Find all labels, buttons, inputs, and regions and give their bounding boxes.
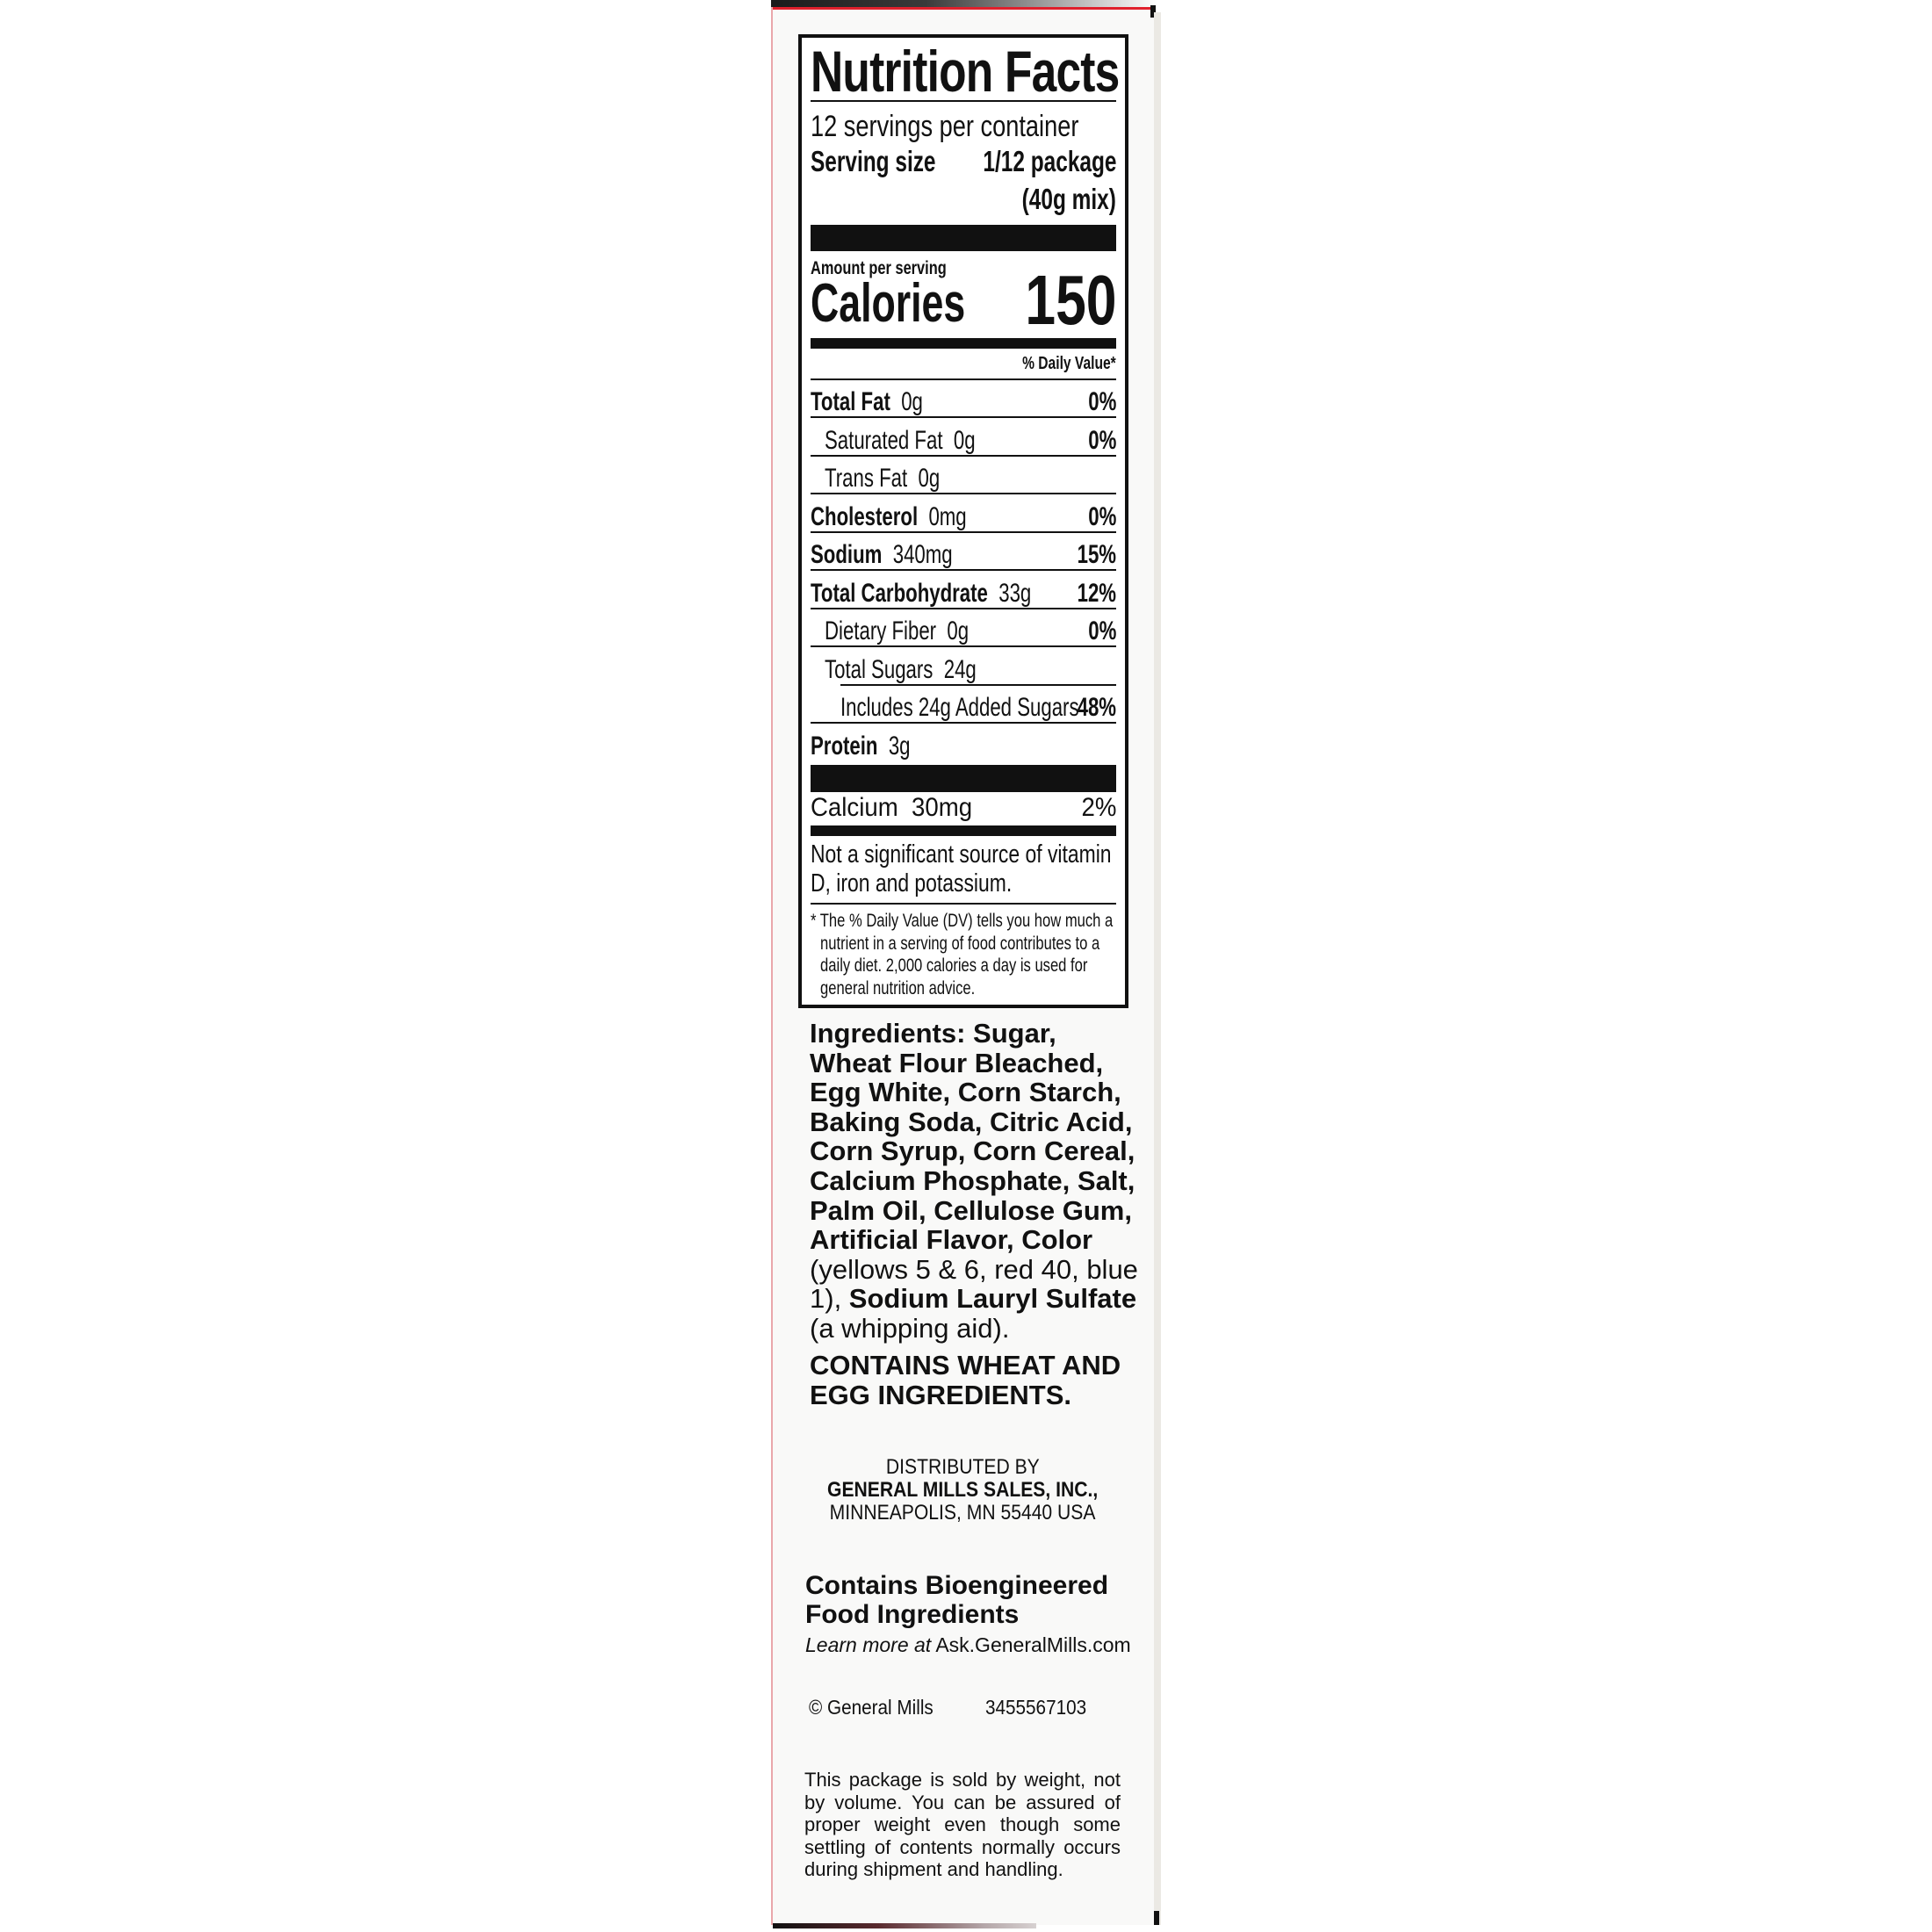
nutrient-name: Sodium (811, 540, 882, 569)
bioengineered-disclosure: Contains BioengineeredFood Ingredients (805, 1571, 1108, 1629)
daily-value-footnote: * The % Daily Value (DV) tells you how m… (811, 910, 1116, 999)
distributor-name: GENERAL MILLS SALES, INC., (771, 1479, 1154, 1502)
weight-notice: This package is sold by weight, not by v… (804, 1769, 1121, 1881)
nutrient-amount: 33g (998, 579, 1031, 608)
calcium-label: Calcium (811, 793, 898, 822)
calcium-dv: 2% (1081, 795, 1116, 821)
distributor-address: MINNEAPOLIS, MN 55440 USA (771, 1502, 1154, 1525)
not-significant-source: Not a significant source of vitamin D, i… (811, 840, 1116, 898)
nutrient-row-saturated-fat: Saturated Fat 0g 0% (811, 419, 1116, 457)
calcium-amount: 30mg (912, 793, 972, 822)
product-code: 3455567103 (985, 1696, 1086, 1719)
nutrient-name: Dietary Fiber (825, 616, 936, 645)
copyright-text: © General Mills (809, 1696, 934, 1719)
ingredients-sls: Sodium Lauryl Sulfate (849, 1283, 1136, 1314)
nutrient-row-trans-fat: Trans Fat 0g (811, 457, 1116, 494)
nutrient-amount: 24g (944, 655, 977, 684)
serving-size-label: Serving size (811, 147, 936, 176)
nutrient-name: Cholesterol (811, 502, 918, 531)
nutrient-name: Saturated Fat (825, 426, 943, 455)
calories-label: Calories (811, 277, 965, 331)
allergen-statement: CONTAINS WHEAT AND EGG INGREDIENTS. (810, 1351, 1143, 1409)
nutrient-row-protein: Protein 3g (811, 724, 1116, 762)
calories-value: 150 (1025, 265, 1116, 335)
nutrient-name: Includes 24g Added Sugars (840, 693, 1079, 723)
nutrient-row-added-sugars: Includes 24g Added Sugars 48% (811, 686, 1116, 724)
nutrient-amount: 0mg (928, 502, 966, 531)
nutrient-name: Protein (811, 732, 877, 761)
learn-more-link[interactable]: Ask.GeneralMills.com (931, 1633, 1131, 1656)
nutrient-dv: 0% (1088, 616, 1116, 646)
nutrient-amount: 0g (947, 616, 969, 645)
panel-fold-edge (1154, 12, 1161, 1925)
nutrition-facts-title: Nutrition Facts (811, 42, 1120, 100)
serving-size-value: 1/12 package (983, 147, 1116, 176)
daily-value-header: % Daily Value* (1022, 355, 1116, 372)
nutrient-dv: 0% (1088, 387, 1116, 417)
nutrient-row-dietary-fiber: Dietary Fiber 0g 0% (811, 609, 1116, 647)
servings-per-container: 12 servings per container (811, 112, 1078, 141)
nutrient-row-sodium: Sodium 340mg 15% (811, 533, 1116, 571)
package-bottom-edge (773, 1923, 1036, 1928)
thick-divider (811, 765, 1116, 792)
medium-divider (811, 338, 1116, 349)
nutrient-amount: 3g (889, 732, 911, 761)
nutrient-dv: 0% (1088, 426, 1116, 456)
nutrient-amount: 0g (901, 387, 923, 416)
nutrient-amount: 0g (954, 426, 976, 455)
divider (811, 100, 1116, 102)
nutrient-amount: 0g (919, 464, 941, 493)
medium-divider (811, 825, 1116, 836)
serving-size-weight: (40g mix) (1022, 184, 1116, 213)
ingredients-bold: Ingredients: Sugar, Wheat Flour Bleached… (810, 1018, 1135, 1255)
ingredients-list: Ingredients: Sugar, Wheat Flour Bleached… (810, 1019, 1143, 1344)
distributed-by: DISTRIBUTED BY (771, 1456, 1154, 1479)
learn-more-prefix: Learn more at (805, 1633, 931, 1656)
nutrient-row-total-carbohydrate: Total Carbohydrate 33g 12% (811, 572, 1116, 609)
nutrient-dv: 15% (1078, 540, 1116, 570)
red-accent-line (773, 7, 1154, 10)
learn-more-line: Learn more at Ask.GeneralMills.com (805, 1633, 1131, 1657)
nutrient-name: Total Sugars (825, 655, 933, 684)
nutrient-row-total-sugars: Total Sugars 24g (811, 648, 1116, 686)
nutrient-row-total-fat: Total Fat 0g 0% (811, 380, 1116, 418)
nutrient-name: Total Fat (811, 387, 890, 416)
nutrient-name: Trans Fat (825, 464, 907, 493)
thick-divider (811, 225, 1116, 251)
ingredients-note: (a whipping aid). (810, 1313, 1009, 1344)
nutrient-dv: 48% (1078, 693, 1116, 723)
corner-mark (1154, 1911, 1159, 1925)
nutrient-name: Total Carbohydrate (811, 579, 988, 608)
nutrient-row-cholesterol: Cholesterol 0mg 0% (811, 495, 1116, 533)
nutrient-dv: 0% (1088, 502, 1116, 532)
divider (811, 903, 1116, 905)
calcium-row: Calcium 30mg (811, 795, 972, 821)
nutrient-amount: 340mg (893, 540, 953, 569)
nutrient-dv: 12% (1078, 579, 1116, 609)
nutrition-facts-panel: Nutrition Facts 12 servings per containe… (798, 34, 1128, 1008)
